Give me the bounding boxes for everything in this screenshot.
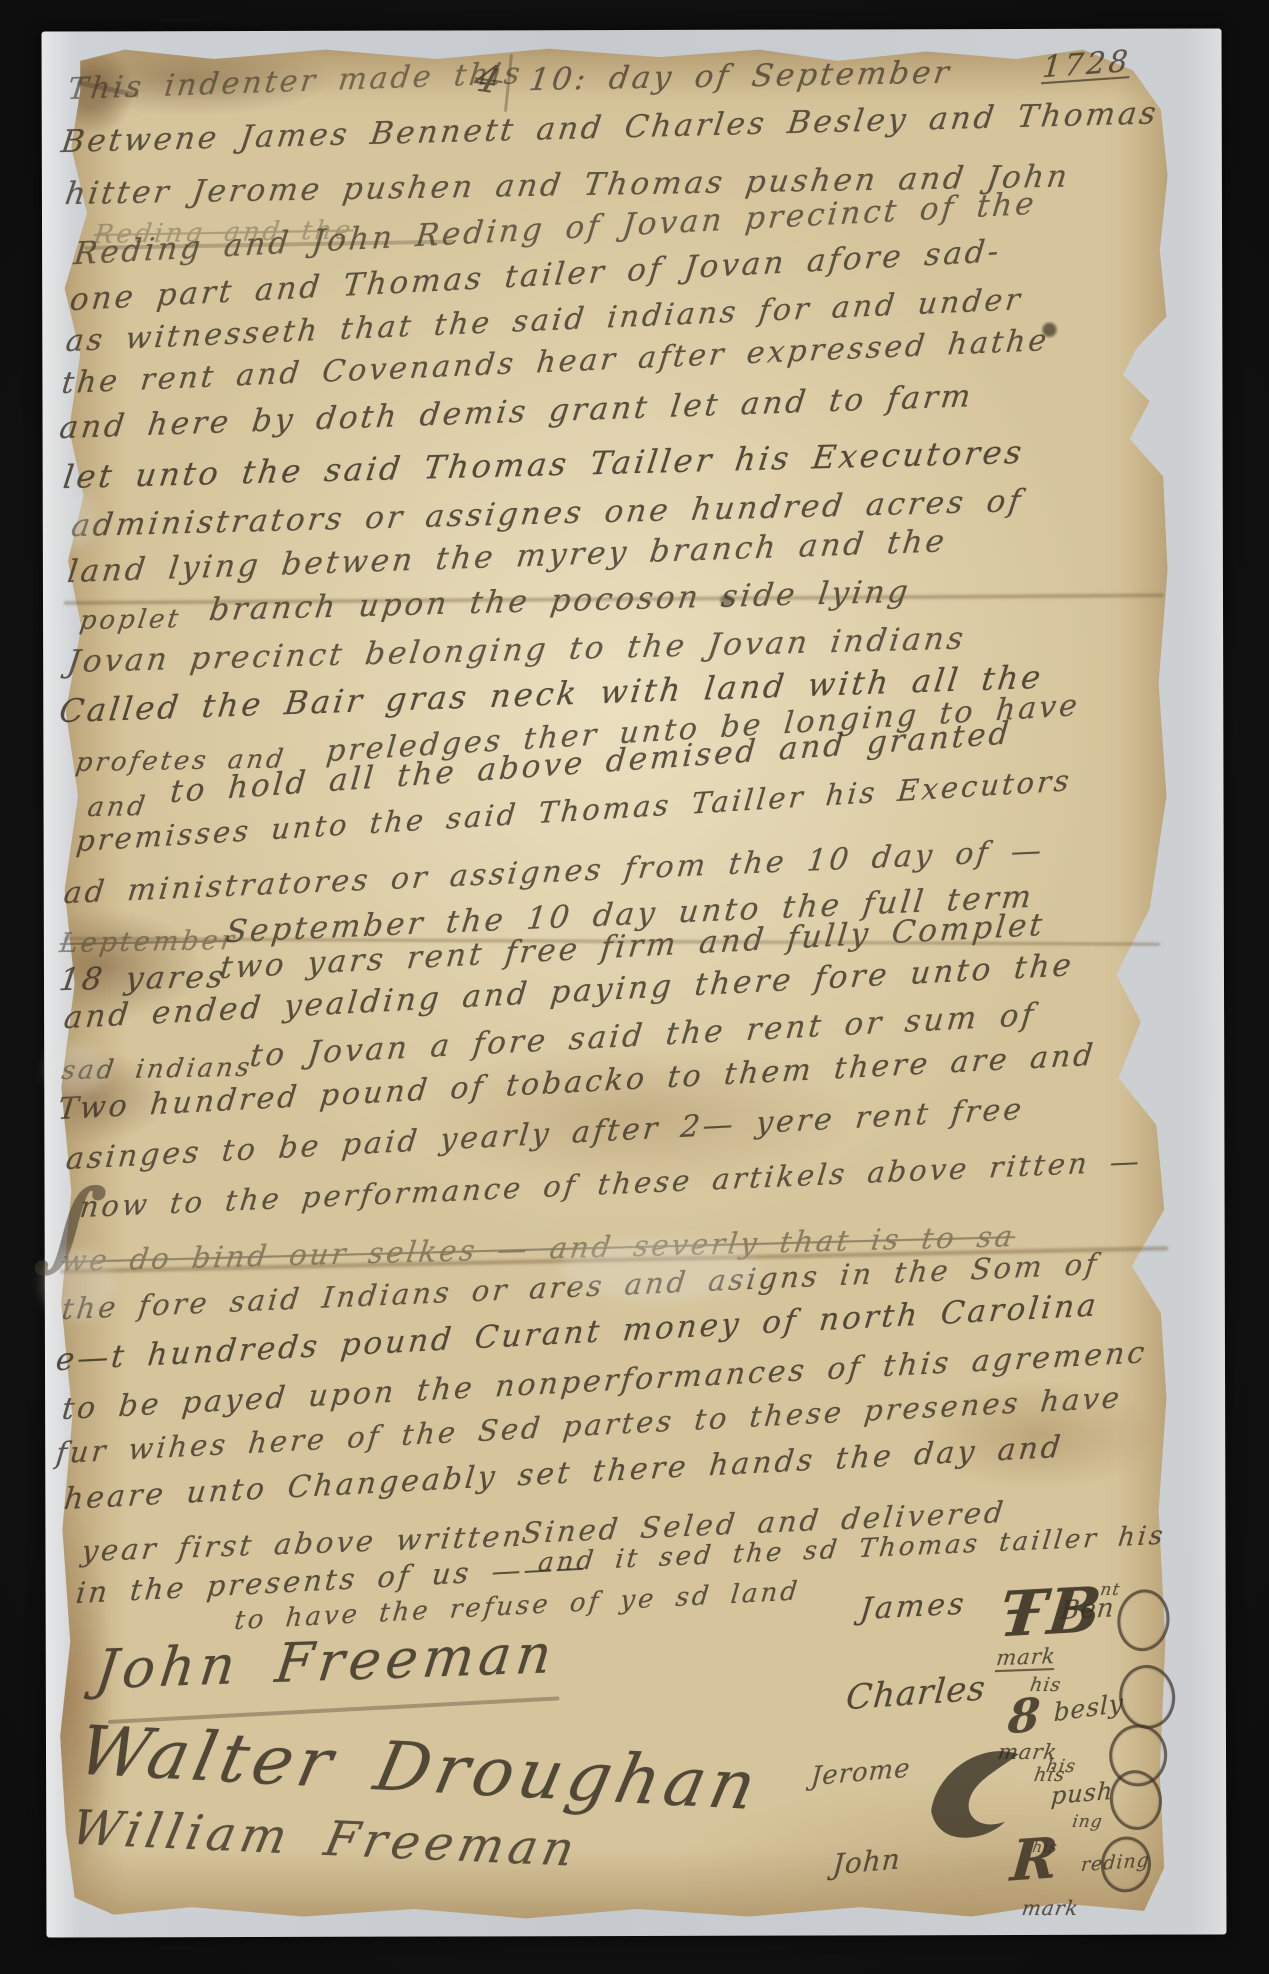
handwritten-line: 10: day of September [527, 55, 954, 98]
mark-label: push [1050, 1777, 1114, 1811]
mark-label: ing [1071, 1812, 1104, 1832]
mark-label: besly [1053, 1688, 1124, 1727]
mark-label: his [1045, 1756, 1078, 1777]
handwritten-line: 1728 [1041, 44, 1132, 85]
mark-label: nt [1099, 1580, 1122, 1600]
mark-label: Charles [844, 1668, 987, 1718]
mark-label: his [1031, 1838, 1059, 1856]
abrasion-patch [560, 1238, 760, 1300]
ink-layer: This indenter made this410: day of Septe… [0, 0, 1269, 1974]
seal-circle [1113, 1586, 1173, 1655]
abrasion-patch [46, 1044, 106, 1096]
handwritten-line: James [858, 1586, 968, 1627]
scan-bed: This indenter made this410: day of Septe… [0, 0, 1269, 1974]
handwritten-line: Leptember [58, 925, 239, 959]
strike-line [108, 1696, 560, 1724]
jerome-mark [920, 1731, 1030, 1847]
mark-label: Jerome [810, 1753, 912, 1792]
abrasion-patch [42, 1248, 114, 1320]
handwritten-line: This indenter made this [66, 56, 525, 107]
witness-signature: John Freeman [92, 1622, 560, 1701]
mark-label: John [832, 1842, 902, 1881]
handwritten-line: and [86, 791, 150, 823]
signature-mark: R [1008, 1825, 1062, 1895]
mark-label: mark [1020, 1896, 1080, 1920]
mark-label: mark [995, 1644, 1057, 1670]
mark-label: his [1029, 1674, 1064, 1696]
seal-circle [1116, 1662, 1178, 1732]
handwritten-line: poplet [78, 604, 183, 636]
seal-circle [1098, 1834, 1154, 1895]
abrasion-patch [50, 490, 96, 548]
handwritten-line: Betwene James Bennett and Charles Besley… [59, 95, 1161, 160]
